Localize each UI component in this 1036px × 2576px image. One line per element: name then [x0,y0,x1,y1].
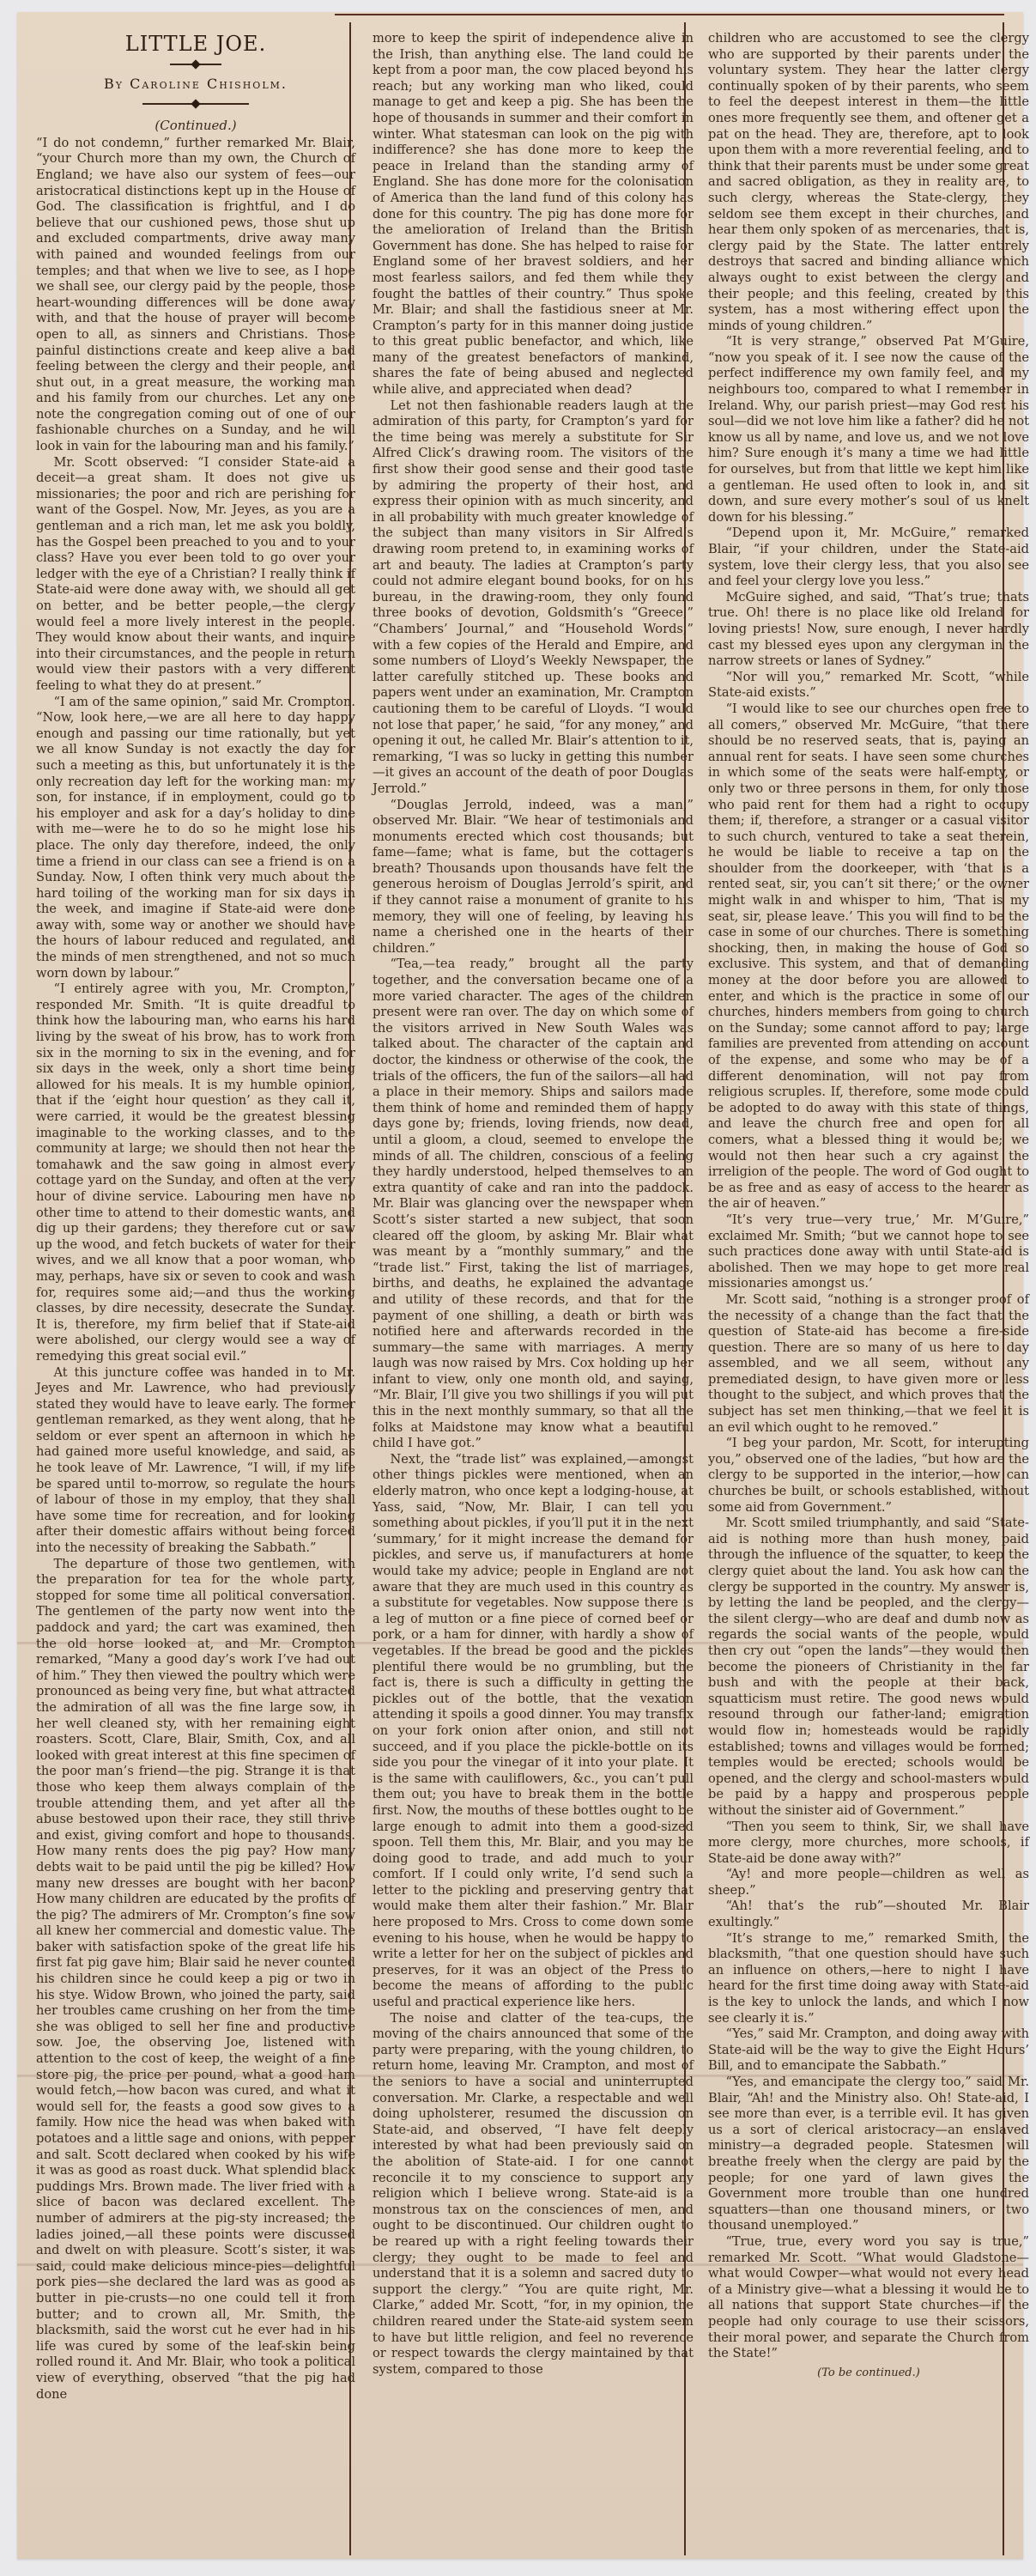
paragraph: more to keep the spirit of independence … [373,31,694,398]
article-byline: By Caroline Chisholm. [36,76,355,93]
column-1: LITTLE JOE. By Caroline Chisholm. (Conti… [36,21,355,2403]
paragraph: “Douglas Jerrold, indeed, was a man,” ob… [373,798,694,957]
paragraph: “I entirely agree with you, Mr. Crompton… [36,981,355,1364]
continued-note: (Continued.) [36,118,355,134]
paragraph: “I would like to see our churches open f… [708,702,1029,1212]
paragraph: At this juncture coffee was handed in to… [36,1365,355,1557]
column-2: more to keep the spirit of independence … [373,31,694,2378]
paragraph: McGuire sighed, and said, “That’s true; … [708,590,1029,670]
paragraph: “Nor will you,” remarked Mr. Scott, “whi… [708,670,1029,702]
paragraph: “It’s strange to me,” remarked Smith, th… [708,1931,1029,2027]
paragraph: “I do not condemn,” further remarked Mr.… [36,136,355,455]
paragraph: children who are accustomed to see the c… [708,31,1029,334]
paragraph: “Then you seem to think, Sir, we shall h… [708,1820,1029,1868]
paragraph: “I beg your pardon, Mr. Scott, for inter… [708,1436,1029,1516]
paragraph: “Yes, and emancipate the clergy too,” sa… [708,2075,1029,2234]
paragraph: “Depend upon it, Mr. McGuire,” remarked … [708,526,1029,589]
paragraph: Mr. Scott observed: “I consider State-ai… [36,455,355,695]
paragraph: “True, true, every word you say is true,… [708,2234,1029,2362]
column-3: children who are accustomed to see the c… [708,31,1029,2381]
diamond-ornament-icon [191,100,200,109]
paragraph: Let not then fashionable readers laugh a… [373,398,694,798]
paragraph: “Yes,” said Mr. Crampton, and doing away… [708,2026,1029,2075]
paragraph: “It is very strange,” observed Pat M’Gui… [708,334,1029,526]
to-be-continued-note: (To be continued.) [708,2366,1029,2382]
paragraph: The departure of those two gentlemen, wi… [36,1557,355,2403]
paragraph: “Tea,—tea ready,” brought all the party … [373,957,694,1451]
paragraph: Mr. Scott smiled triumphantly, and said … [708,1516,1029,1819]
paragraph: “Ay! and more people—children as well as… [708,1867,1029,1899]
paragraph: Next, the “trade list” was explained,—am… [373,1452,694,2011]
newspaper-clipping: LITTLE JOE. By Caroline Chisholm. (Conti… [17,12,1023,2559]
paragraph: “Ah! that’s the rub”—shouted Mr. Blair e… [708,1899,1029,1930]
paragraph: “It’s very true—very true,’ Mr. M’Guire,… [708,1212,1029,1292]
paragraph: Mr. Scott said, “nothing is a stronger p… [708,1292,1029,1436]
diamond-ornament-icon [191,59,200,69]
article-title: LITTLE JOE. [36,36,355,52]
paragraph: The noise and clatter of the tea-cups, t… [373,2011,694,2379]
title-ornament [36,61,355,68]
top-rule [335,14,1004,15]
paragraph: “I am of the same opinion,” said Mr. Cro… [36,695,355,982]
byline-ornament [36,100,355,107]
